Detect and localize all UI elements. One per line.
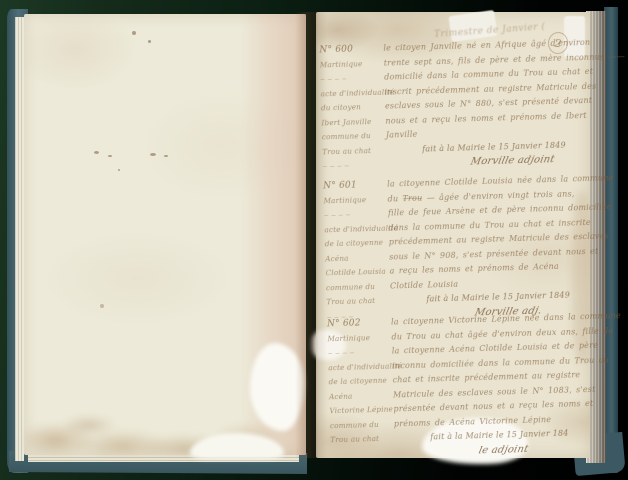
ink-speck — [118, 169, 120, 171]
margin-line: Acéna — [325, 250, 383, 266]
margin-line: commune du — [330, 417, 388, 433]
entry-body: le citoyen Janville né en Afrique âgé d'… — [383, 35, 628, 172]
left-page — [24, 14, 306, 455]
margin-line: Victorine Lépine — [329, 403, 387, 419]
margin-divider: ‒ ‒ ‒ ‒ — [320, 71, 378, 87]
ink-speck — [148, 40, 151, 43]
margin-notes: N° 600 Martinique ‒ ‒ ‒ ‒ acte d'individ… — [319, 42, 381, 174]
ink-speck — [164, 155, 168, 157]
margin-line: commune du — [326, 279, 384, 295]
margin-line: Trou au chat — [330, 432, 388, 448]
margin-line: Trou au chat — [326, 294, 384, 310]
archival-register-scan: Trimestre de Janvier ( 2 N° 600 Martiniq… — [0, 0, 628, 480]
margin-line: acte d'individualité — [328, 359, 386, 375]
margin-line: acte d'individualité — [320, 85, 378, 101]
entry-number: N° 602 — [327, 316, 385, 332]
ink-speck — [94, 151, 99, 154]
stacked-sheet-edges — [15, 17, 24, 461]
margin-notes: N° 602 Martinique ‒ ‒ ‒ ‒ acte d'individ… — [327, 316, 389, 463]
margin-line: Martinique — [327, 330, 385, 346]
book-gutter-shadow — [295, 12, 327, 458]
margin-line: du citoyen — [321, 100, 379, 116]
margin-line: Martinique — [320, 56, 378, 72]
register-entry-602: N° 602 Martinique ‒ ‒ ‒ ‒ acte d'individ… — [327, 310, 597, 462]
entry-body: la citoyenne Victorine Lépine née dans l… — [391, 309, 625, 460]
margin-notes: N° 601 Martinique ‒ ‒ ‒ ‒ acte d'individ… — [323, 178, 385, 325]
margin-line: de la citoyenne — [328, 374, 386, 390]
register-entry-601: N° 601 Martinique ‒ ‒ ‒ ‒ acte d'individ… — [323, 172, 593, 324]
entry-number: N° 601 — [323, 178, 381, 194]
margin-line: acte d'individualité — [324, 221, 382, 237]
entry-body: la citoyenne Clotilde Louisia née dans l… — [387, 171, 617, 322]
ink-speck — [150, 153, 156, 156]
margin-divider: ‒ ‒ ‒ ‒ — [328, 345, 386, 361]
ink-speck — [108, 155, 112, 157]
margin-line: Trou au chat — [322, 143, 380, 159]
margin-line: Clotilde Louisia — [325, 265, 383, 281]
ink-speck — [100, 304, 104, 308]
margin-divider: ‒ ‒ ‒ ‒ — [322, 158, 380, 174]
margin-line: commune du — [322, 129, 380, 145]
handwritten-entries: N° 600 Martinique ‒ ‒ ‒ ‒ acte d'individ… — [318, 8, 596, 461]
margin-line: Acéna — [329, 388, 387, 404]
margin-line: Martinique — [323, 192, 381, 208]
right-page: Trimestre de Janvier ( 2 N° 600 Martiniq… — [316, 12, 590, 458]
margin-divider: ‒ ‒ ‒ ‒ — [324, 207, 382, 223]
margin-line: Ibert Janville — [321, 114, 379, 130]
entry-number: N° 600 — [319, 42, 377, 58]
ink-speck — [132, 31, 136, 35]
margin-line: de la citoyenne — [325, 236, 383, 252]
register-entry-600: N° 600 Martinique ‒ ‒ ‒ ‒ acte d'individ… — [319, 36, 589, 174]
